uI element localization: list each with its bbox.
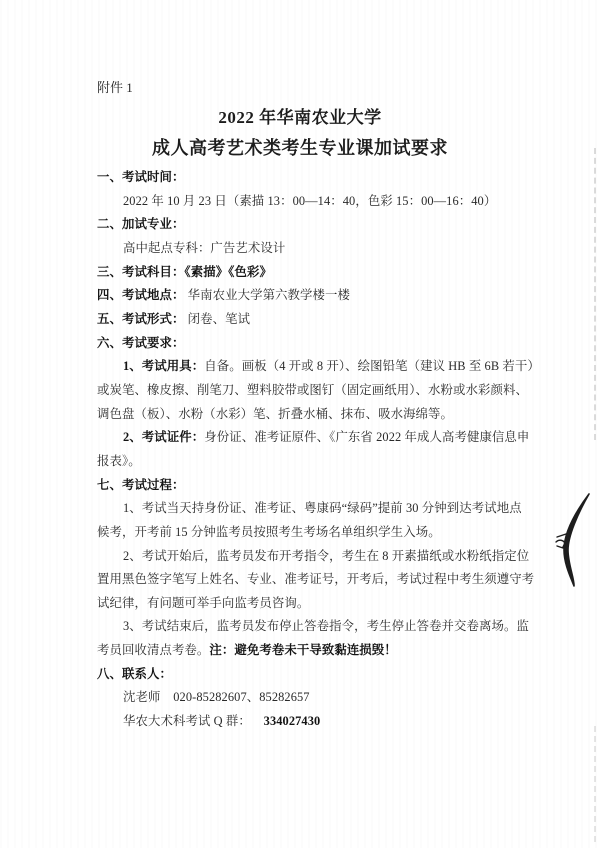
document-line: 三、考试科目：《素描》《色彩》 bbox=[97, 261, 547, 285]
text-segment: 3、考试结束后，监考员发布停止答卷指令，考生停止答卷并交卷离场。监 bbox=[123, 619, 529, 633]
text-segment: 五、考试形式： bbox=[97, 312, 184, 326]
text-segment: 高中起点专科：广告艺术设计 bbox=[123, 241, 285, 255]
document-line: 考员回收清点考卷。注：避免考卷未干导致黏连损毁！ bbox=[97, 639, 547, 663]
document-line: 或炭笔、橡皮擦、削笔刀、塑料胶带或图钉（固定画纸用）、水粉或水彩颜料、 bbox=[97, 379, 547, 403]
scan-edge-dashed-line bbox=[594, 148, 596, 440]
document-line: 1、考试当天持身份证、准考证、粤康码“绿码”提前 30 分钟到达考试地点 bbox=[97, 497, 547, 521]
document-line: 高中起点专科：广告艺术设计 bbox=[97, 237, 547, 261]
document-line: 调色盘（板）、水粉（水彩）笔、折叠水桶、抹布、吸水海绵等。 bbox=[97, 403, 547, 427]
text-segment: 候考，开考前 15 分钟监考员按照考生考场名单组织学生入场。 bbox=[97, 525, 441, 539]
text-segment: 自备。画板（4 开或 8 开）、绘图铅笔（建议 HB 至 6B 若干） bbox=[204, 359, 540, 373]
attachment-label: 附件 1 bbox=[97, 80, 133, 95]
text-segment: 八、联系人： bbox=[97, 667, 172, 681]
handwritten-pen-mark-icon bbox=[546, 486, 596, 596]
text-segment: 调色盘（板）、水粉（水彩）笔、折叠水桶、抹布、吸水海绵等。 bbox=[97, 407, 453, 421]
text-segment: 试纪律，有问题可举手向监考员咨询。 bbox=[97, 596, 309, 610]
text-segment: 1、考试当天持身份证、准考证、粤康码“绿码”提前 30 分钟到达考试地点 bbox=[123, 501, 522, 515]
text-segment: 三、考试科目：《素描》《色彩》 bbox=[97, 265, 272, 279]
document-subtitle: 成人高考艺术类考生专业课加试要求 bbox=[0, 134, 600, 160]
text-segment: 报表》。 bbox=[97, 454, 141, 468]
document-line: 八、联系人： bbox=[97, 663, 547, 687]
document-line: 3、考试结束后，监考员发布停止答卷指令，考生停止答卷并交卷离场。监 bbox=[97, 615, 547, 639]
document-line: 试纪律，有问题可举手向监考员咨询。 bbox=[97, 592, 547, 616]
text-segment: 华南农业大学第六教学楼一楼 bbox=[184, 288, 350, 302]
document-line: 2、考试证件：身份证、准考证原件、《广东省 2022 年成人高考健康信息申 bbox=[97, 426, 547, 450]
text-segment: 七、考试过程： bbox=[97, 478, 184, 492]
text-segment: 注：避免考卷未干导致黏连损毁！ bbox=[209, 643, 396, 657]
scanned-document-page: 附件 1 2022 年华南农业大学 成人高考艺术类考生专业课加试要求 一、考试时… bbox=[0, 0, 600, 848]
document-line: 沈老师 020-85282607、85282657 bbox=[97, 686, 547, 710]
document-line: 四、考试地点： 华南农业大学第六教学楼一楼 bbox=[97, 284, 547, 308]
text-segment: 2、考试开始后，监考员发布开考指令，考生在 8 开素描纸或水粉纸指定位 bbox=[123, 549, 529, 563]
text-segment: 考员回收清点考卷。 bbox=[97, 643, 209, 657]
text-segment: 闭卷、笔试 bbox=[184, 312, 250, 326]
document-title: 2022 年华南农业大学 bbox=[0, 103, 600, 128]
text-segment: 334027430 bbox=[264, 714, 321, 728]
text-segment: 1、考试用具： bbox=[123, 359, 204, 373]
document-line: 六、考试要求： bbox=[97, 332, 547, 356]
text-segment: 或炭笔、橡皮擦、削笔刀、塑料胶带或图钉（固定画纸用）、水粉或水彩颜料、 bbox=[97, 383, 528, 397]
text-segment: 六、考试要求： bbox=[97, 336, 184, 350]
document-line: 七、考试过程： bbox=[97, 474, 547, 498]
text-segment: 2、考试证件： bbox=[123, 430, 204, 444]
text-segment: 置用黑色签字笔写上姓名、专业、准考证号，开考后，考试过程中考生须遵守考 bbox=[97, 572, 534, 586]
text-segment: 华农大术科考试 Q 群： bbox=[123, 714, 264, 728]
document-line: 一、考试时间： bbox=[97, 166, 547, 190]
document-body: 一、考试时间：2022 年 10 月 23 日（素描 13：00—14：40，色… bbox=[97, 166, 547, 734]
text-segment: 四、考试地点： bbox=[97, 288, 184, 302]
text-segment: 沈老师 020-85282607、85282657 bbox=[123, 690, 310, 704]
text-segment: 身份证、准考证原件、《广东省 2022 年成人高考健康信息申 bbox=[204, 430, 529, 444]
text-segment: 一、考试时间： bbox=[97, 170, 184, 184]
scan-edge-dashed-line bbox=[594, 726, 596, 842]
document-line: 1、考试用具：自备。画板（4 开或 8 开）、绘图铅笔（建议 HB 至 6B 若… bbox=[97, 355, 547, 379]
document-line: 五、考试形式： 闭卷、笔试 bbox=[97, 308, 547, 332]
document-line: 华农大术科考试 Q 群： 334027430 bbox=[97, 710, 547, 734]
text-segment: 二、加试专业： bbox=[97, 217, 184, 231]
text-segment: 2022 年 10 月 23 日（素描 13：00—14：40，色彩 15：00… bbox=[123, 194, 496, 208]
document-line: 置用黑色签字笔写上姓名、专业、准考证号，开考后，考试过程中考生须遵守考 bbox=[97, 568, 547, 592]
document-line: 报表》。 bbox=[97, 450, 547, 474]
document-line: 二、加试专业： bbox=[97, 213, 547, 237]
document-line: 候考，开考前 15 分钟监考员按照考生考场名单组织学生入场。 bbox=[97, 521, 547, 545]
document-line: 2、考试开始后，监考员发布开考指令，考生在 8 开素描纸或水粉纸指定位 bbox=[97, 545, 547, 569]
document-line: 2022 年 10 月 23 日（素描 13：00—14：40，色彩 15：00… bbox=[97, 190, 547, 214]
